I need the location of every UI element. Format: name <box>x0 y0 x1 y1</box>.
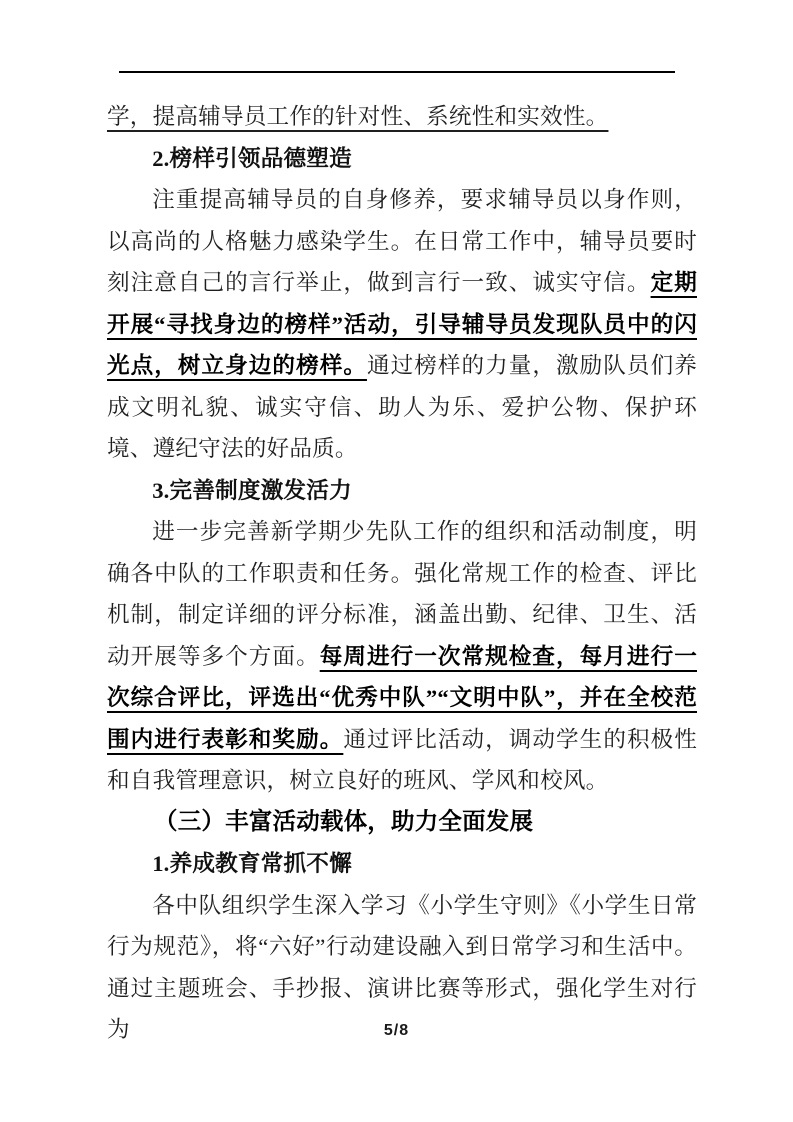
document-body: 学，提高辅导员工作的针对性、系统性和实效性。 2.榜样引领品德塑造 注重提高辅导… <box>107 96 697 1051</box>
subheading-3-system: 3.完善制度激发活力 <box>107 470 697 512</box>
header-divider-rule <box>119 71 675 73</box>
paragraph-system: 进一步完善新学期少先队工作的组织和活动制度，明确各中队的工作职责和任务。强化常规… <box>107 511 697 802</box>
subheading-1-habit-education: 1.养成教育常抓不懈 <box>107 843 697 885</box>
section-heading-3-activities: （三）丰富活动载体，助力全面发展 <box>107 802 697 844</box>
continuation-paragraph: 学，提高辅导员工作的针对性、系统性和实效性。 <box>107 96 697 138</box>
page-number: 5/8 <box>384 1022 409 1039</box>
page-footer: 5/8 <box>0 1022 793 1040</box>
continuation-line-underlined: 学，提高辅导员工作的针对性、系统性和实效性。 <box>107 104 608 129</box>
document-page: 学，提高辅导员工作的针对性、系统性和实效性。 2.榜样引领品德塑造 注重提高辅导… <box>0 0 793 1122</box>
paragraph-role-model: 注重提高辅导员的自身修养，要求辅导员以身作则，以高尚的人格魅力感染学生。在日常工… <box>107 179 697 470</box>
paragraph-role-model-lead: 注重提高辅导员的自身修养，要求辅导员以身作则，以高尚的人格魅力感染学生。在日常工… <box>107 187 697 295</box>
subheading-2-role-model: 2.榜样引领品德塑造 <box>107 138 697 180</box>
paragraph-habit-education-lead: 各中队组织学生深入学习《小学生守则》《小学生日常行为规范》，将“六好”行动建设融… <box>107 893 697 1043</box>
